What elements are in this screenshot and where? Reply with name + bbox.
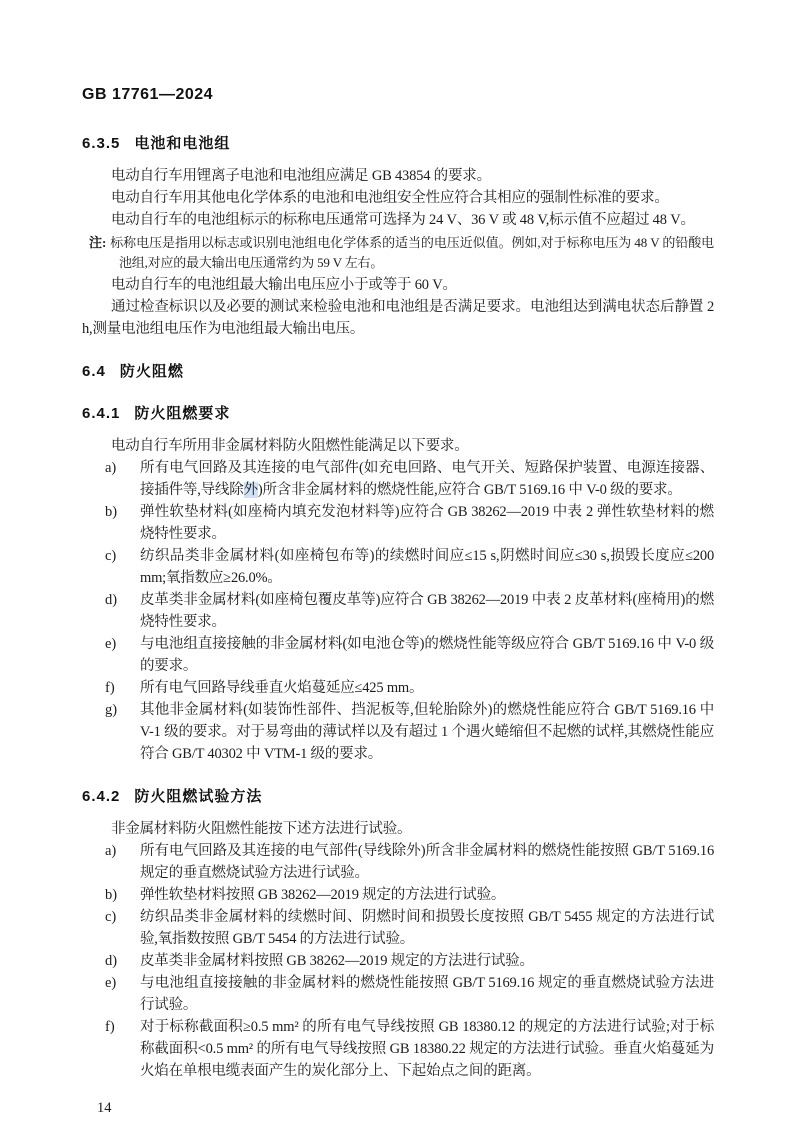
page-number: 14 bbox=[97, 1100, 714, 1117]
list-item-text: 所有电气回路及其连接的电气部件(导线除外)所含非金属材料的燃烧性能按照 GB/T… bbox=[140, 843, 714, 881]
list-item-label: a) bbox=[105, 840, 116, 862]
paragraph-642-intro: 非金属材料防火阻燃性能按下述方法进行试验。 bbox=[82, 818, 714, 840]
list-item-label: b) bbox=[105, 884, 117, 906]
paragraph-battery-li-ion: 电动自行车用锂离子电池和电池组应满足 GB 43854 的要求。 bbox=[82, 165, 714, 187]
list-item-d: d) 皮革类非金属材料按照 GB 38262—2019 规定的方法进行试验。 bbox=[82, 950, 714, 972]
list-item-text: 纺织品类非金属材料(如座椅包布等)的续燃时间应≤15 s,阴燃时间应≤30 s,… bbox=[140, 548, 714, 586]
paragraph-battery-other-chem: 电动自行车用其他电化学体系的电池和电池组安全性应符合其相应的强制性标准的要求。 bbox=[82, 187, 714, 209]
section-title: 电池和电池组 bbox=[134, 135, 230, 152]
list-item-e: e) 与电池组直接接触的非金属材料(如电池仓等)的燃烧性能等级应符合 GB/T … bbox=[82, 633, 714, 677]
list-item-f: f) 对于标称截面积≥0.5 mm² 的所有电气导线按照 GB 18380.12… bbox=[82, 1016, 714, 1082]
list-item-label: e) bbox=[105, 633, 116, 655]
section-heading-6-4-1: 6.4.1防火阻燃要求 bbox=[82, 404, 714, 424]
section-title: 防火阻燃 bbox=[120, 363, 184, 380]
list-item-c: c) 纺织品类非金属材料(如座椅包布等)的续燃时间应≤15 s,阴燃时间应≤30… bbox=[82, 545, 714, 589]
section-number: 6.4.1 bbox=[82, 405, 120, 422]
paragraph-battery-verification: 通过检查标识以及必要的测试来检验电池和电池组是否满足要求。电池组达到满电状态后静… bbox=[82, 296, 714, 340]
section-number: 6.3.5 bbox=[82, 135, 120, 152]
doc-number: GB 17761—2024 bbox=[82, 86, 714, 104]
list-item-b: b) 弹性软垫材料按照 GB 38262—2019 规定的方法进行试验。 bbox=[82, 884, 714, 906]
list-item-text-post: )所含非金属材料的燃烧性能,应符合 GB/T 5169.16 中 V-0 级的要… bbox=[258, 482, 682, 498]
paragraph-641-intro: 电动自行车所用非金属材料防火阻燃性能满足以下要求。 bbox=[82, 435, 714, 457]
list-item-text: 与电池组直接接触的非金属材料(如电池仓等)的燃烧性能等级应符合 GB/T 516… bbox=[140, 636, 714, 674]
section-heading-6-4: 6.4防火阻燃 bbox=[82, 362, 714, 382]
list-item-a: a) 所有电气回路及其连接的电气部件(导线除外)所含非金属材料的燃烧性能按照 G… bbox=[82, 840, 714, 884]
list-item-text: 弹性软垫材料(如座椅内填充发泡材料等)应符合 GB 38262—2019 中表 … bbox=[140, 504, 714, 542]
list-item-label: e) bbox=[105, 972, 116, 994]
document-page: GB 17761—2024 6.3.5电池和电池组 电动自行车用锂离子电池和电池… bbox=[0, 0, 793, 1122]
list-item-e: e) 与电池组直接接触的非金属材料的燃烧性能按照 GB/T 5169.16 规定… bbox=[82, 972, 714, 1016]
list-item-text: 纺织品类非金属材料的续燃时间、阴燃时间和损毁长度按照 GB/T 5455 规定的… bbox=[140, 909, 714, 947]
list-item-label: a) bbox=[105, 457, 116, 479]
list-item-label: c) bbox=[105, 545, 116, 567]
section-number: 6.4 bbox=[82, 363, 106, 380]
note-label: 注: bbox=[89, 235, 106, 250]
list-item-text: 与电池组直接接触的非金属材料的燃烧性能按照 GB/T 5169.16 规定的垂直… bbox=[140, 975, 714, 1013]
list-item-text: 其他非金属材料(如装饰性部件、挡泥板等,但轮胎除外)的燃烧性能应符合 GB/T … bbox=[140, 702, 714, 762]
list-item-label: f) bbox=[105, 677, 115, 699]
list-item-text: 对于标称截面积≥0.5 mm² 的所有电气导线按照 GB 18380.12 的规… bbox=[140, 1019, 714, 1079]
list-item-label: d) bbox=[105, 950, 117, 972]
list-item-text: 弹性软垫材料按照 GB 38262—2019 规定的方法进行试验。 bbox=[140, 887, 505, 903]
test-methods-list-642: a) 所有电气回路及其连接的电气部件(导线除外)所含非金属材料的燃烧性能按照 G… bbox=[82, 840, 714, 1082]
list-item-b: b) 弹性软垫材料(如座椅内填充发泡材料等)应符合 GB 38262—2019 … bbox=[82, 501, 714, 545]
section-heading-6-4-2: 6.4.2防火阻燃试验方法 bbox=[82, 787, 714, 807]
list-item-text: 所有电气回路导线垂直火焰蔓延应≤425 mm。 bbox=[140, 680, 423, 696]
paragraph-max-output-voltage: 电动自行车的电池组最大输出电压应小于或等于 60 V。 bbox=[82, 274, 714, 296]
list-item-f: f) 所有电气回路导线垂直火焰蔓延应≤425 mm。 bbox=[82, 677, 714, 699]
list-item-label: c) bbox=[105, 906, 116, 928]
list-item-d: d) 皮革类非金属材料(如座椅包覆皮革等)应符合 GB 38262—2019 中… bbox=[82, 589, 714, 633]
list-item-text: 皮革类非金属材料(如座椅包覆皮革等)应符合 GB 38262—2019 中表 2… bbox=[140, 592, 714, 630]
list-item-c: c) 纺织品类非金属材料的续燃时间、阴燃时间和损毁长度按照 GB/T 5455 … bbox=[82, 906, 714, 950]
list-item-text: 皮革类非金属材料按照 GB 38262—2019 规定的方法进行试验。 bbox=[140, 953, 534, 969]
section-title: 防火阻燃试验方法 bbox=[134, 788, 262, 805]
section-heading-6-3-5: 6.3.5电池和电池组 bbox=[82, 134, 714, 154]
list-item-label: b) bbox=[105, 501, 117, 523]
paragraph-battery-voltage: 电动自行车的电池组标示的标称电压通常可选择为 24 V、36 V 或 48 V,… bbox=[82, 209, 714, 231]
list-item-text: 所有电气回路及其连接的电气部件(如充电回路、电气开关、短路保护装置、电源连接器、… bbox=[140, 460, 714, 498]
list-item-label: g) bbox=[105, 699, 117, 721]
list-item-label: d) bbox=[105, 589, 117, 611]
note-text: 标称电压是指用以标志或识别电池组电化学体系的适当的电压近似值。例如,对于标称电压… bbox=[110, 235, 714, 270]
page-content: GB 17761—2024 6.3.5电池和电池组 电动自行车用锂离子电池和电池… bbox=[82, 86, 714, 1117]
list-item-g: g) 其他非金属材料(如装饰性部件、挡泥板等,但轮胎除外)的燃烧性能应符合 GB… bbox=[82, 699, 714, 765]
note-nominal-voltage: 注:标称电压是指用以标志或识别电池组电化学体系的适当的电压近似值。例如,对于标称… bbox=[89, 233, 714, 272]
highlighted-character: 外 bbox=[244, 482, 258, 498]
list-item-a: a) 所有电气回路及其连接的电气部件(如充电回路、电气开关、短路保护装置、电源连… bbox=[82, 457, 714, 501]
list-item-label: f) bbox=[105, 1016, 115, 1038]
section-number: 6.4.2 bbox=[82, 788, 120, 805]
section-title: 防火阻燃要求 bbox=[134, 405, 230, 422]
requirements-list-641: a) 所有电气回路及其连接的电气部件(如充电回路、电气开关、短路保护装置、电源连… bbox=[82, 457, 714, 765]
